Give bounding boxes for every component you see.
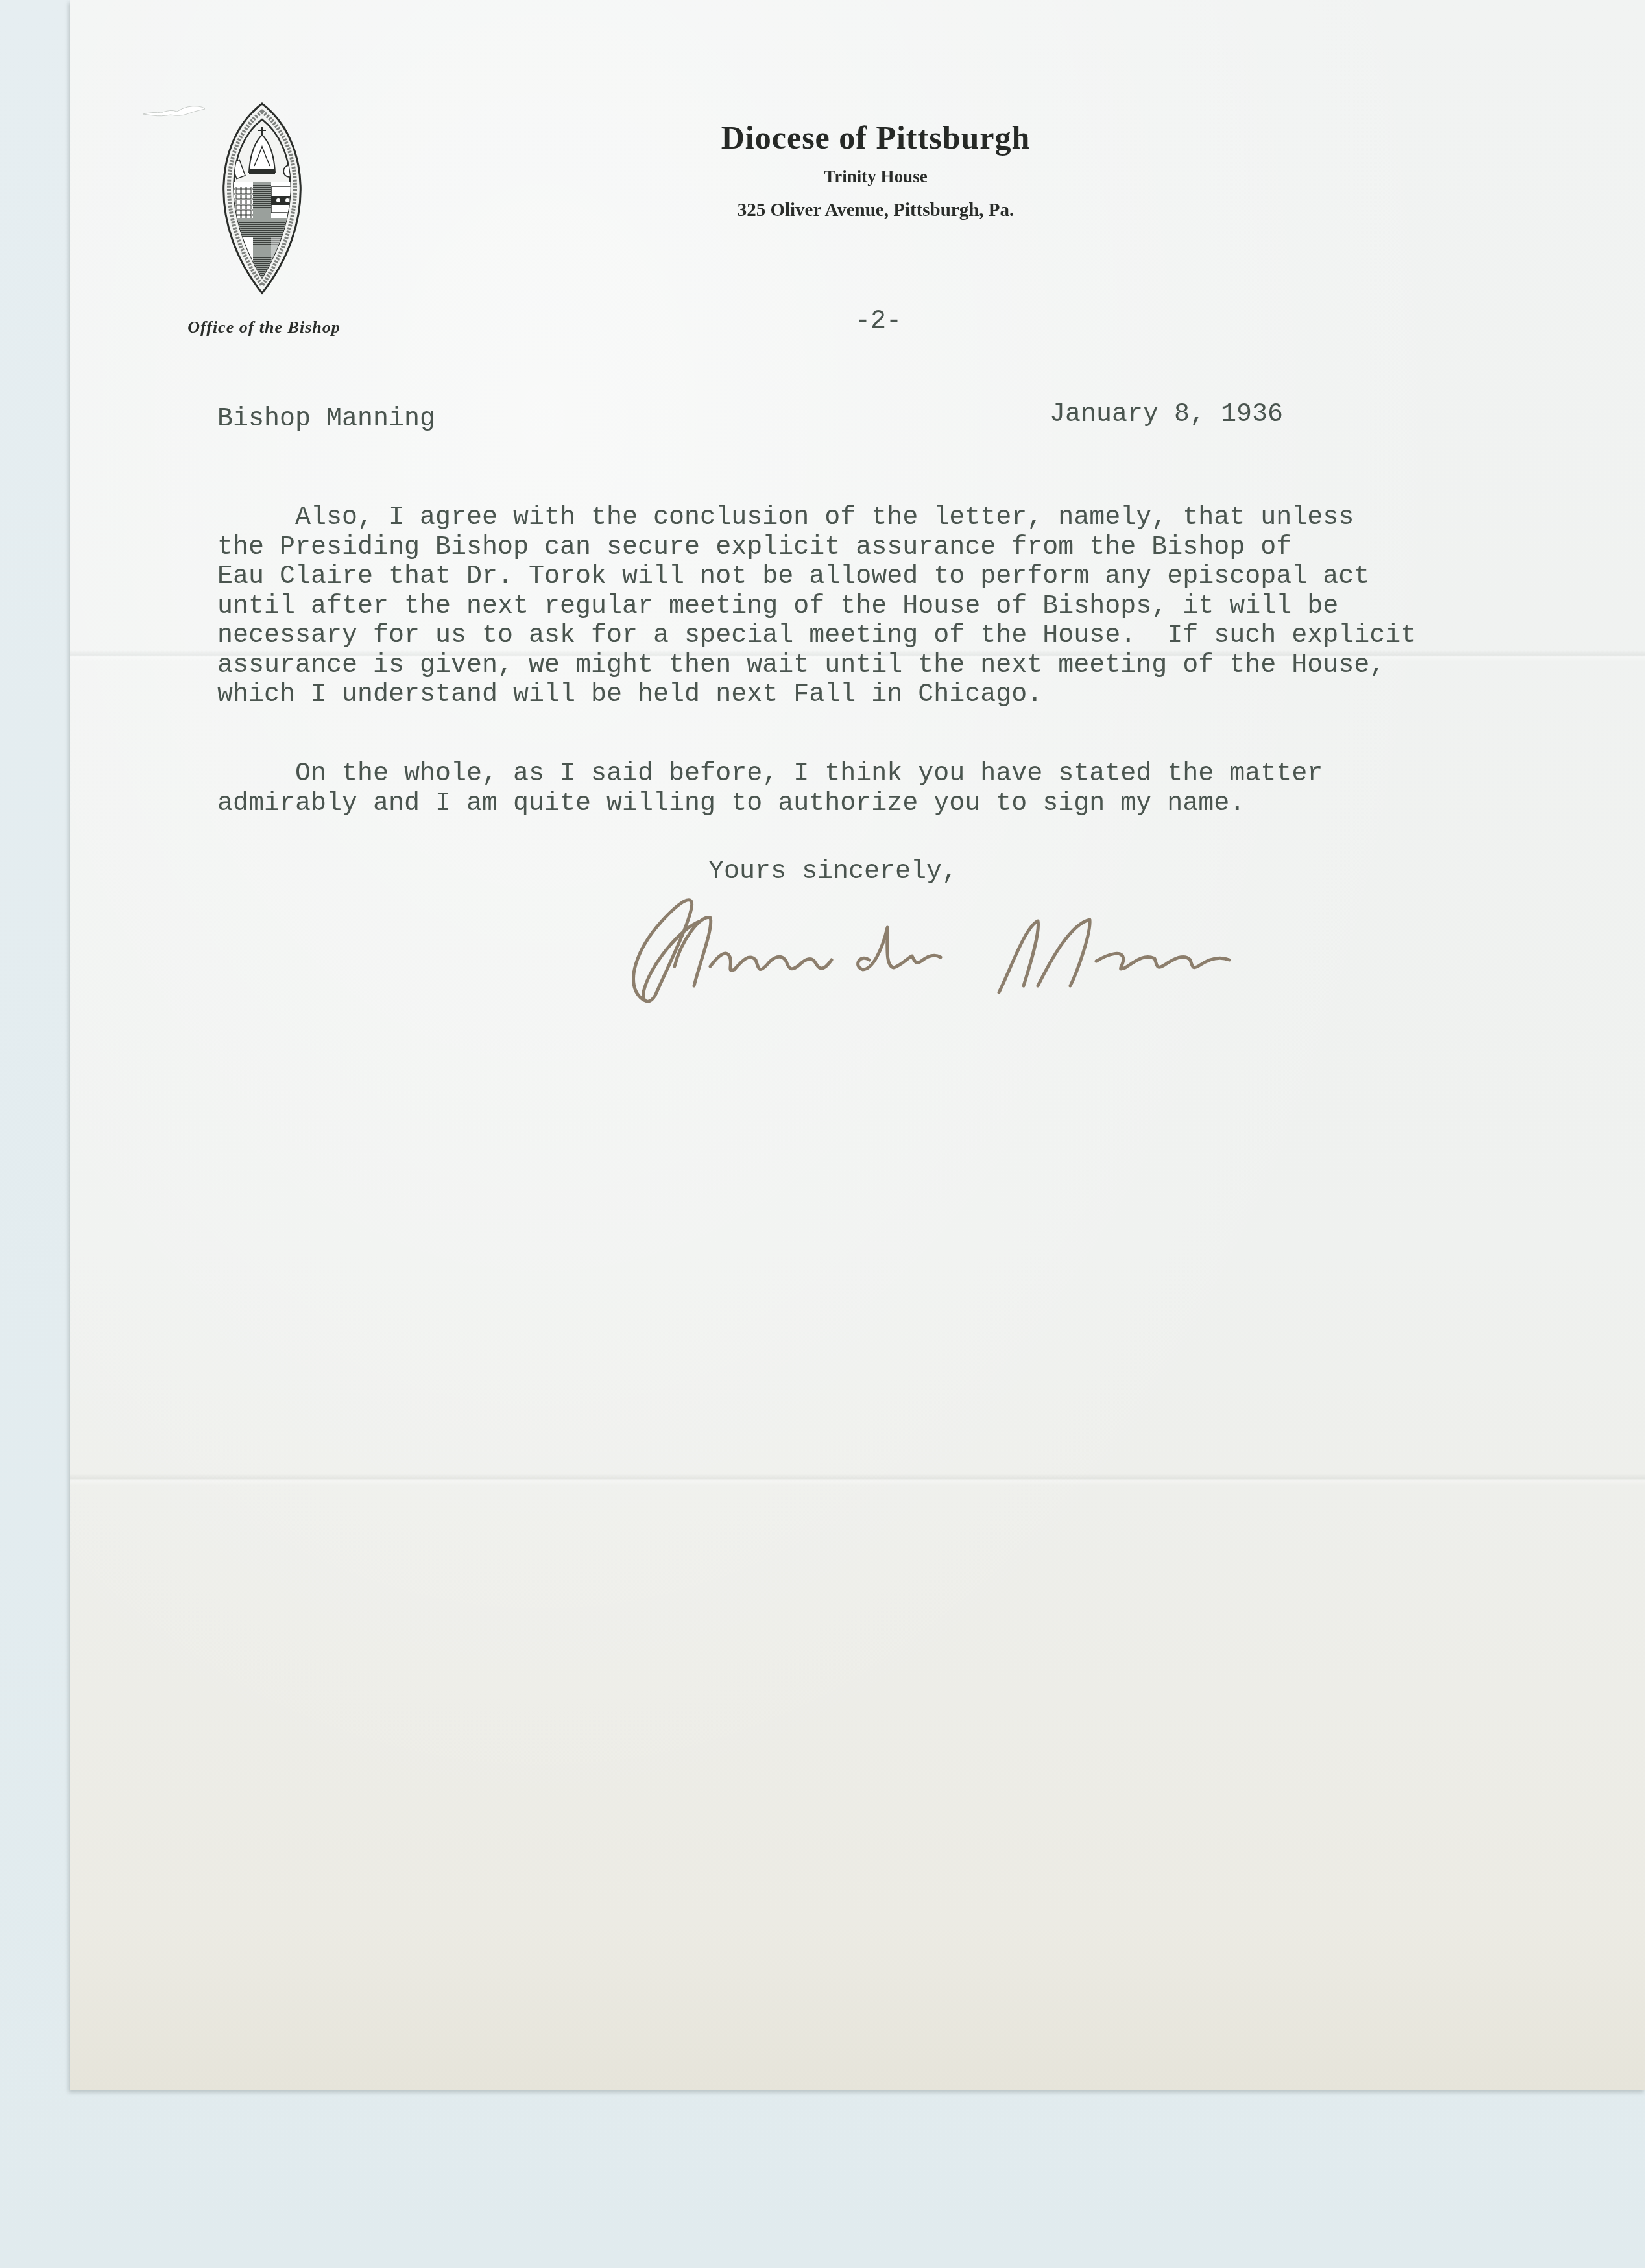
- text-line: Eau Claire that Dr. Torok will not be al…: [217, 562, 1416, 592]
- diocesan-seal-icon: [200, 101, 324, 296]
- body-paragraph-1: Also, I agree with the conclusion of the…: [217, 503, 1416, 710]
- text-line: admirably and I am quite willing to auth…: [217, 789, 1323, 819]
- letterhead-address: 325 Oliver Avenue, Pittsburgh, Pa.: [649, 200, 1103, 221]
- text-line: Also, I agree with the conclusion of the…: [217, 503, 1416, 533]
- handwritten-signature: [597, 889, 1401, 1005]
- building-name: Trinity House: [649, 167, 1103, 187]
- text-line: On the whole, as I said before, I think …: [217, 759, 1323, 789]
- text-line: assurance is given, we might then wait u…: [217, 651, 1416, 681]
- letter-date: January 8, 1936: [1050, 400, 1283, 430]
- recipient-name: Bishop Manning: [217, 405, 435, 435]
- text-line: the Presiding Bishop can secure explicit…: [217, 533, 1416, 563]
- text-line: until after the next regular meeting of …: [217, 592, 1416, 622]
- page-number: -2-: [855, 307, 902, 337]
- fold-line: [70, 1474, 1645, 1485]
- text-line: which I understand will be held next Fal…: [217, 680, 1416, 710]
- office-label: Office of the Bishop: [170, 318, 358, 337]
- organization-name: Diocese of Pittsburgh: [649, 119, 1103, 156]
- body-paragraph-2: On the whole, as I said before, I think …: [217, 759, 1323, 818]
- paper-tear-mark: [141, 102, 206, 118]
- text-line: necessary for us to ask for a special me…: [217, 621, 1416, 651]
- closing-phrase: Yours sincerely,: [708, 857, 957, 887]
